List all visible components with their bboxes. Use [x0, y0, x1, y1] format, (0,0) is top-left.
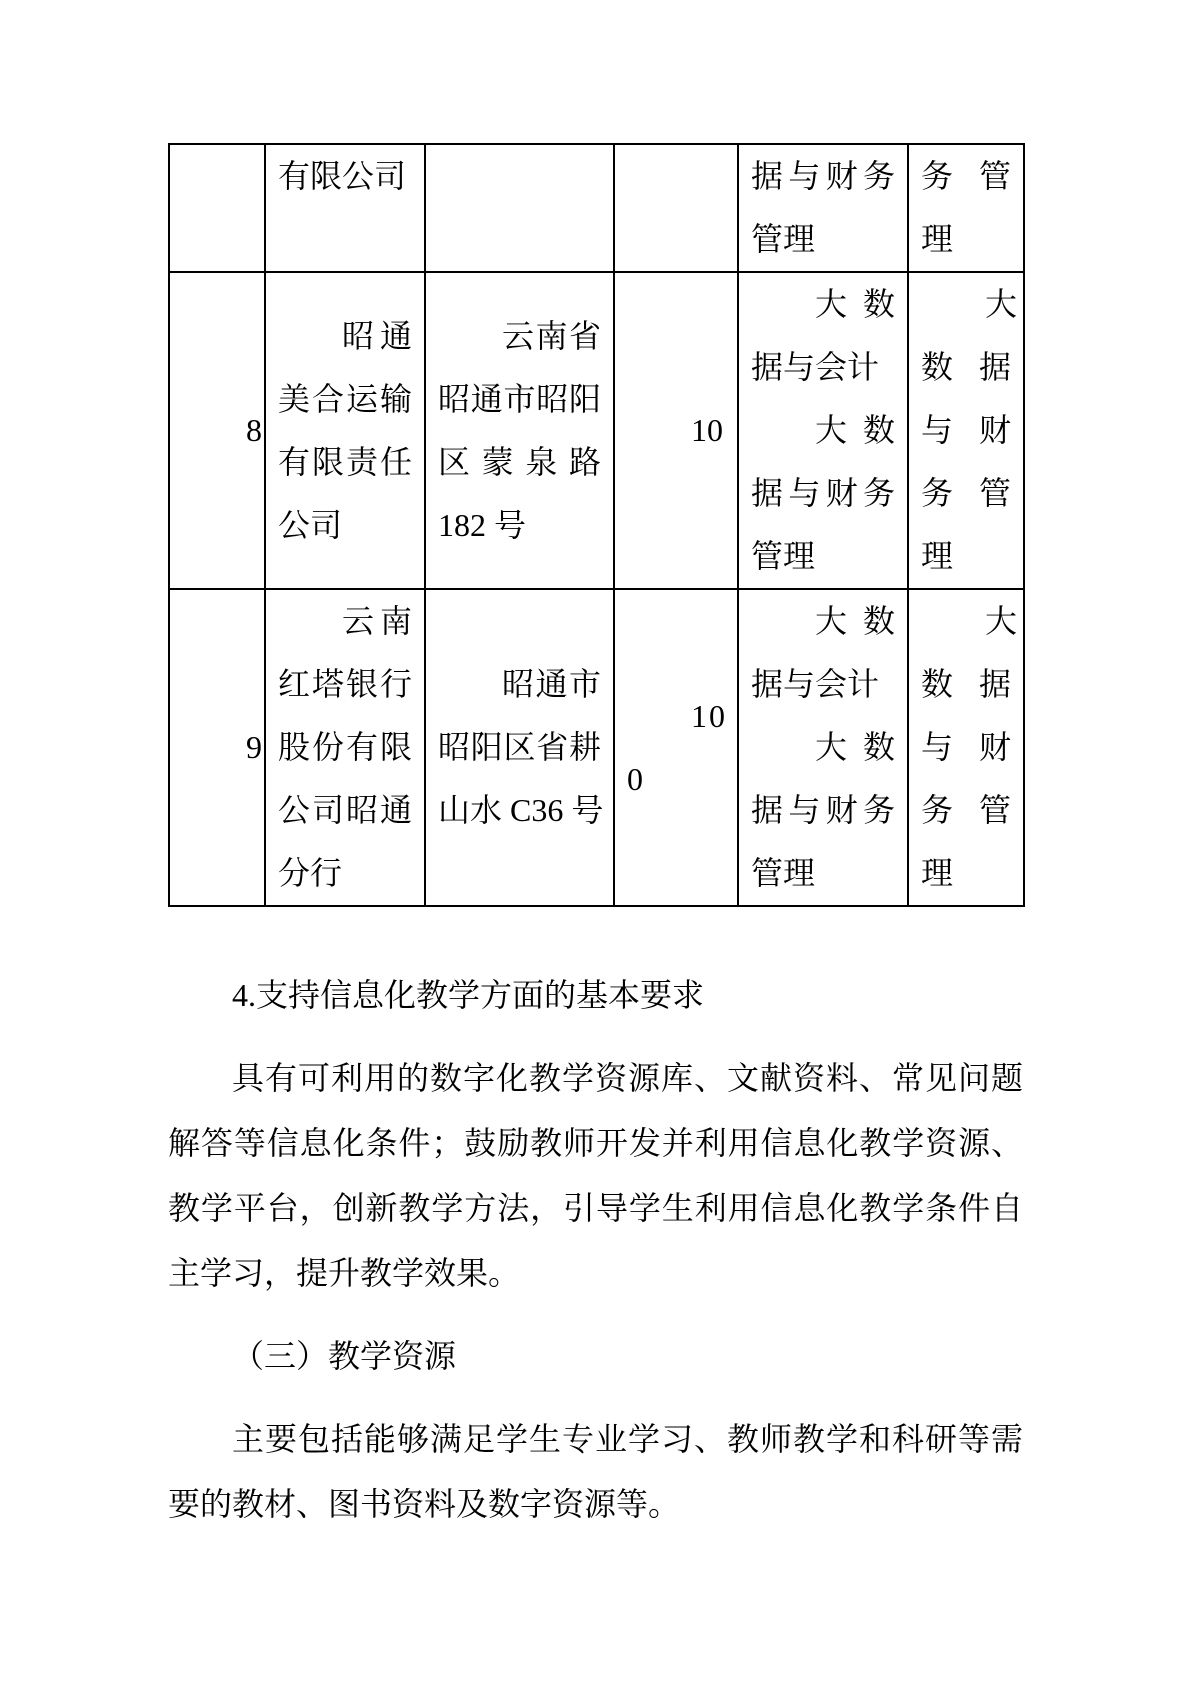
cell-line: 昭通市昭阳 — [438, 368, 601, 431]
table-cell — [169, 144, 265, 272]
cell-line: 9 — [182, 716, 252, 779]
row-7-continuation: 有限公司据与财务管理务管理 — [169, 144, 1024, 272]
cell-line: 10 — [627, 399, 725, 462]
cell-line: 据与会计 — [751, 336, 895, 399]
cell-line: 8 — [182, 399, 252, 462]
table-cell: 昭通市昭阳区省耕山水 C36 号 — [425, 589, 614, 906]
cell-line: 公司 — [278, 494, 412, 557]
table-cell: 100 — [614, 589, 738, 906]
document-text: 4.支持信息化教学方面的基本要求 具有可利用的数字化教学资源库、文献资料、常见问… — [168, 963, 1023, 1537]
table-cell: 8 — [169, 272, 265, 589]
cell-line: 大数 — [751, 716, 895, 779]
cell-line: 大数 — [751, 399, 895, 462]
row-9: 9云南红塔银行股份有限公司昭通分行昭通市昭阳区省耕山水 C36 号100大数据与… — [169, 589, 1024, 906]
cell-line: 理 — [921, 525, 1011, 588]
cell-line: 管理 — [751, 842, 895, 905]
heading-item-4: 4.支持信息化教学方面的基本要求 — [168, 963, 1023, 1028]
table-cell: 云南省昭通市昭阳区蒙泉路182 号 — [425, 272, 614, 589]
table-cell: 大数据与财务管理 — [908, 272, 1024, 589]
cell-line: 昭通 — [278, 305, 412, 368]
cell-line: 务管 — [921, 462, 1011, 525]
cell-line: 云南省 — [438, 305, 601, 368]
cell-line: 务管 — [921, 145, 1011, 208]
paragraph-teaching-resources: 主要包括能够满足学生专业学习、教师教学和科研等需要的教材、图书资料及数字资源等。 — [168, 1407, 1023, 1537]
table-cell: 大数据与会计大数据与财务管理 — [738, 272, 908, 589]
cell-line: 云南 — [278, 590, 412, 653]
table-cell: 10 — [614, 272, 738, 589]
enterprise-table: 有限公司据与财务管理务管理8昭通美合运输有限责任公司云南省昭通市昭阳区蒙泉路18… — [168, 143, 1025, 907]
cell-line: 山水 C36 号 — [438, 779, 601, 842]
cell-line: 理 — [921, 842, 1011, 905]
cell-line: 0 — [627, 748, 725, 811]
heading-section-3: （三）教学资源 — [168, 1324, 1023, 1389]
table-cell: 据与财务管理 — [738, 144, 908, 272]
cell-line: 大 — [921, 273, 1011, 336]
cell-line: 大数 — [751, 273, 895, 336]
table-cell: 大数据与财务管理 — [908, 589, 1024, 906]
cell-line: 据与财务 — [751, 462, 895, 525]
cell-line: 10 — [627, 685, 725, 748]
paragraph-informatization: 具有可利用的数字化教学资源库、文献资料、常见问题解答等信息化条件；鼓励教师开发并… — [168, 1046, 1023, 1306]
cell-line: 有限公司 — [278, 145, 412, 208]
cell-line: 有限责任 — [278, 431, 412, 494]
cell-line: 公司昭通 — [278, 779, 412, 842]
cell-line: 分行 — [278, 842, 412, 905]
cell-line: 股份有限 — [278, 716, 412, 779]
table-cell: 9 — [169, 589, 265, 906]
cell-line: 区蒙泉路 — [438, 431, 601, 494]
table-cell: 大数据与会计大数据与财务管理 — [738, 589, 908, 906]
document-page: 有限公司据与财务管理务管理8昭通美合运输有限责任公司云南省昭通市昭阳区蒙泉路18… — [168, 143, 1023, 1555]
cell-line: 理 — [921, 208, 1011, 271]
cell-line: 与财 — [921, 399, 1011, 462]
table-cell — [614, 144, 738, 272]
table-cell: 有限公司 — [265, 144, 425, 272]
cell-line: 大 — [921, 590, 1011, 653]
cell-line: 昭阳区省耕 — [438, 716, 601, 779]
table-cell: 云南红塔银行股份有限公司昭通分行 — [265, 589, 425, 906]
cell-line: 美合运输 — [278, 368, 412, 431]
cell-line: 管理 — [751, 525, 895, 588]
table-cell: 昭通美合运输有限责任公司 — [265, 272, 425, 589]
table-cell: 务管理 — [908, 144, 1024, 272]
cell-line: 数据 — [921, 336, 1011, 399]
table-cell — [425, 144, 614, 272]
cell-line: 务管 — [921, 779, 1011, 842]
cell-line: 与财 — [921, 716, 1011, 779]
cell-line: 昭通市 — [438, 653, 601, 716]
row-8: 8昭通美合运输有限责任公司云南省昭通市昭阳区蒙泉路182 号10大数据与会计大数… — [169, 272, 1024, 589]
cell-line: 大数 — [751, 590, 895, 653]
cell-line: 数据 — [921, 653, 1011, 716]
cell-line: 据与财务 — [751, 145, 895, 208]
cell-line: 红塔银行 — [278, 653, 412, 716]
cell-line: 管理 — [751, 208, 895, 271]
cell-line: 182 号 — [438, 494, 601, 557]
cell-line: 据与财务 — [751, 779, 895, 842]
cell-line: 据与会计 — [751, 653, 895, 716]
